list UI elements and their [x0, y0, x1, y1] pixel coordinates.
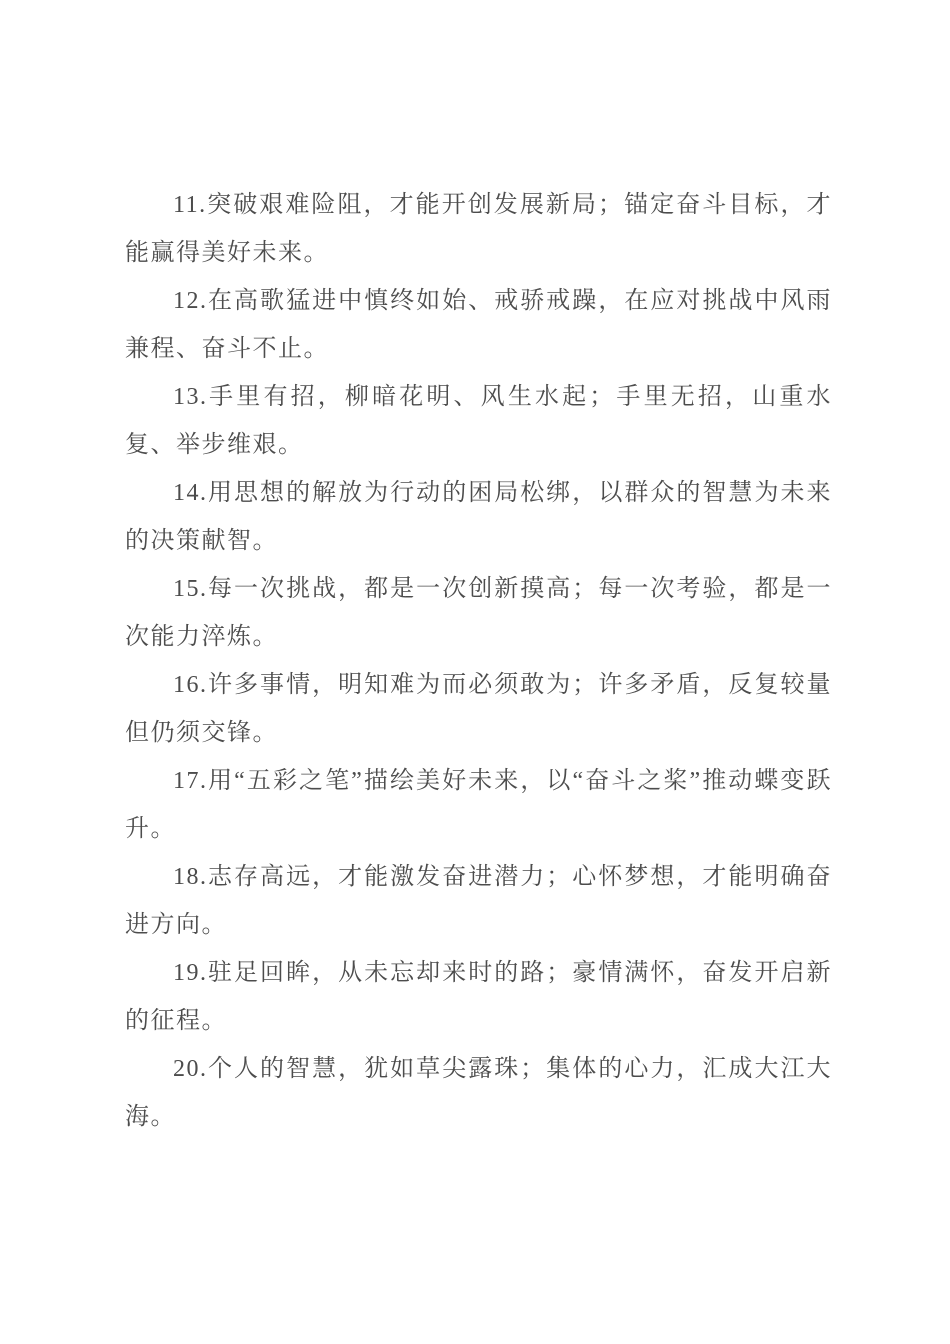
list-number: 12. — [173, 288, 208, 314]
list-number: 20. — [173, 1056, 208, 1082]
paragraph-19: 19.驻足回眸，从未忘却来时的路；豪情满怀，奋发开启新的征程。 — [125, 949, 832, 1045]
list-number: 18. — [173, 864, 208, 890]
paragraph-20: 20.个人的智慧，犹如草尖露珠；集体的心力，汇成大江大海。 — [125, 1045, 832, 1141]
list-number: 11. — [173, 192, 207, 218]
paragraph-text: 用“五彩之笔”描绘美好未来，以“奋斗之桨”推动蝶变跃升。 — [125, 768, 832, 842]
list-number: 14. — [173, 480, 208, 506]
paragraph-12: 12.在高歌猛进中慎终如始、戒骄戒躁，在应对挑战中风雨兼程、奋斗不止。 — [125, 277, 832, 373]
list-number: 19. — [173, 960, 208, 986]
list-number: 16. — [173, 672, 208, 698]
paragraph-text: 每一次挑战，都是一次创新摸高；每一次考验，都是一次能力淬炼。 — [125, 576, 832, 650]
paragraph-text: 志存高远，才能激发奋进潜力；心怀梦想，才能明确奋进方向。 — [125, 864, 832, 938]
paragraph-text: 许多事情，明知难为而必须敢为；许多矛盾，反复较量但仍须交锋。 — [125, 672, 832, 746]
paragraph-text: 驻足回眸，从未忘却来时的路；豪情满怀，奋发开启新的征程。 — [125, 960, 832, 1034]
paragraph-text: 突破艰难险阻，才能开创发展新局；锚定奋斗目标，才能赢得美好未来。 — [125, 192, 832, 266]
paragraph-text: 个人的智慧，犹如草尖露珠；集体的心力，汇成大江大海。 — [125, 1056, 832, 1130]
document-page: 11.突破艰难险阻，才能开创发展新局；锚定奋斗目标，才能赢得美好未来。 12.在… — [0, 0, 950, 1344]
paragraph-18: 18.志存高远，才能激发奋进潜力；心怀梦想，才能明确奋进方向。 — [125, 853, 832, 949]
paragraph-text: 手里有招，柳暗花明、风生水起；手里无招，山重水复、举步维艰。 — [125, 384, 832, 458]
paragraph-16: 16.许多事情，明知难为而必须敢为；许多矛盾，反复较量但仍须交锋。 — [125, 661, 832, 757]
paragraph-13: 13.手里有招，柳暗花明、风生水起；手里无招，山重水复、举步维艰。 — [125, 373, 832, 469]
paragraph-15: 15.每一次挑战，都是一次创新摸高；每一次考验，都是一次能力淬炼。 — [125, 565, 832, 661]
list-number: 13. — [173, 384, 208, 410]
list-number: 17. — [173, 768, 208, 794]
list-number: 15. — [173, 576, 208, 602]
paragraph-text: 用思想的解放为行动的困局松绑，以群众的智慧为未来的决策献智。 — [125, 480, 832, 554]
paragraph-11: 11.突破艰难险阻，才能开创发展新局；锚定奋斗目标，才能赢得美好未来。 — [125, 181, 832, 277]
paragraph-text: 在高歌猛进中慎终如始、戒骄戒躁，在应对挑战中风雨兼程、奋斗不止。 — [125, 288, 832, 362]
paragraph-17: 17.用“五彩之笔”描绘美好未来，以“奋斗之桨”推动蝶变跃升。 — [125, 757, 832, 853]
paragraph-14: 14.用思想的解放为行动的困局松绑，以群众的智慧为未来的决策献智。 — [125, 469, 832, 565]
